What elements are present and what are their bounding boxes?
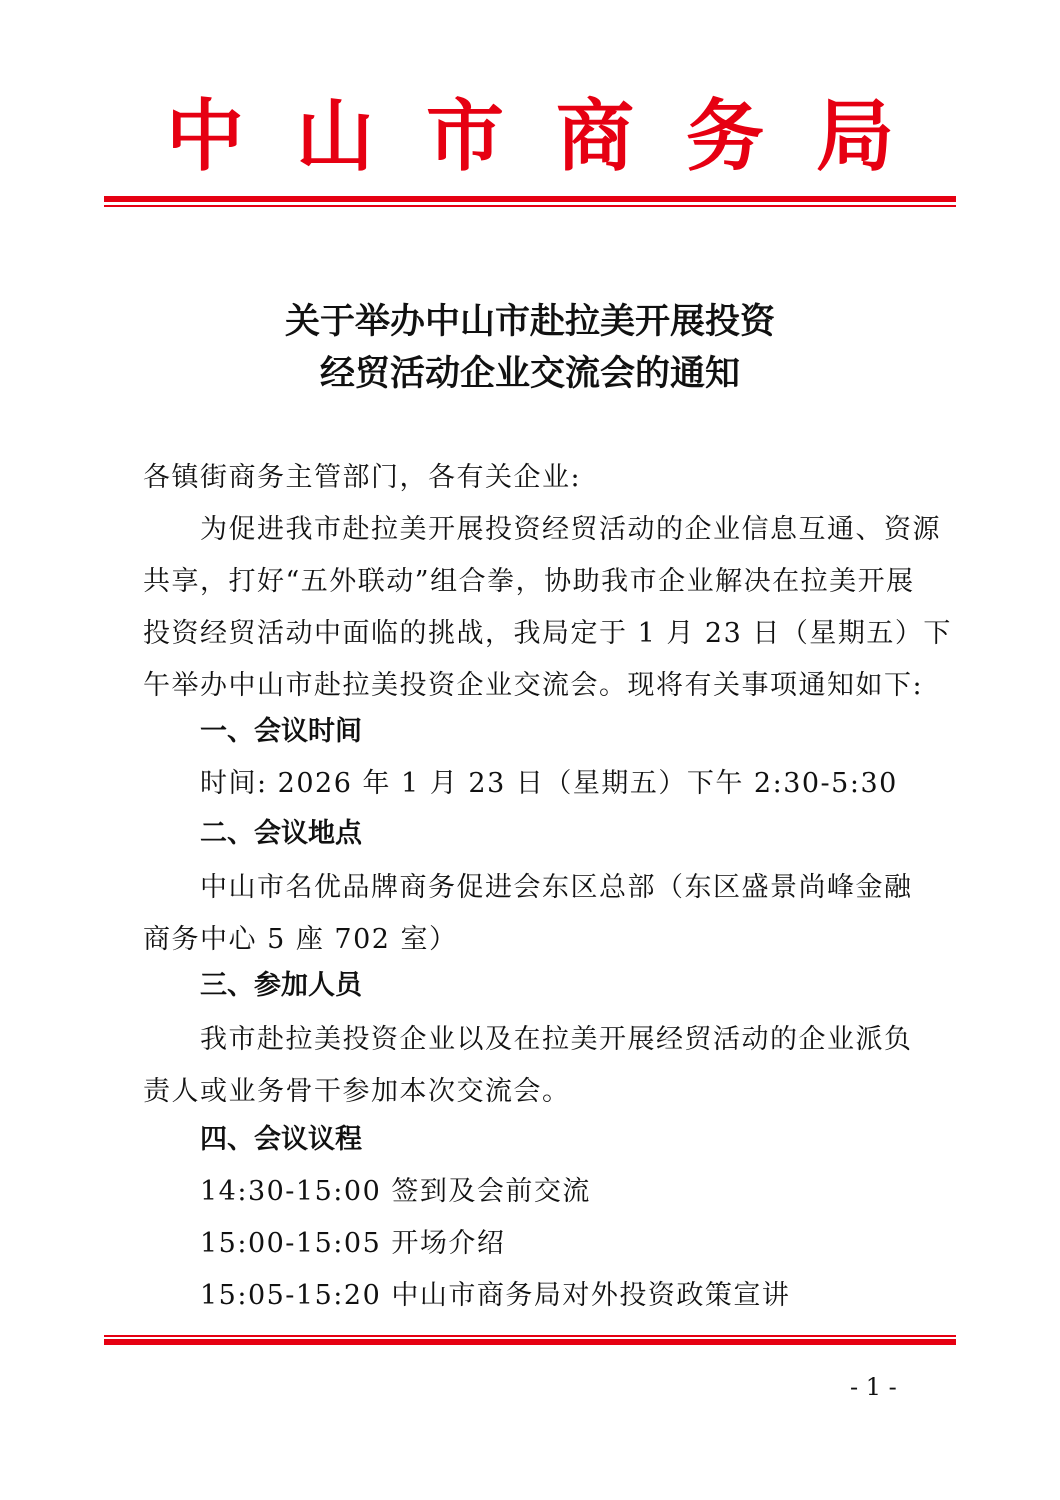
agenda-desc: 签到及会前交流 — [391, 1176, 591, 1207]
section-heading-time: 一、会议时间 — [200, 716, 362, 748]
title-line-2: 经贸活动企业交流会的通知 — [0, 348, 1060, 400]
footer-rule-thick — [104, 1339, 956, 1345]
masthead-rule-thin — [104, 205, 956, 207]
meeting-location-cont: 商务中心 5 座 702 室） — [143, 924, 458, 956]
agenda-desc: 开场介绍 — [391, 1228, 505, 1259]
section-heading-agenda: 四、会议议程 — [200, 1124, 362, 1156]
agenda-time: 15:00-15:05 — [200, 1228, 381, 1259]
title-line-1: 关于举办中山市赴拉美开展投资 — [0, 296, 1060, 348]
page-number: - 1 - — [850, 1372, 897, 1402]
agenda-item: 15:00-15:05 开场介绍 — [200, 1228, 505, 1260]
meeting-location: 中山市名优品牌商务促进会东区总部（东区盛景尚峰金融 — [200, 872, 913, 904]
footer-rule-thin — [104, 1335, 956, 1337]
agenda-item: 15:05-15:20 中山市商务局对外投资政策宣讲 — [200, 1280, 790, 1312]
document-title: 关于举办中山市赴拉美开展投资 经贸活动企业交流会的通知 — [0, 296, 1060, 400]
attendees-text: 我市赴拉美投资企业以及在拉美开展经贸活动的企业派负 — [200, 1024, 913, 1056]
masthead-rule-thick — [104, 196, 956, 202]
salutation: 各镇街商务主管部门，各有关企业: — [143, 462, 581, 494]
agenda-item: 14:30-15:00 签到及会前交流 — [200, 1176, 591, 1208]
intro-line: 共享，打好“五外联动”组合拳，协助我市企业解决在拉美开展 — [143, 566, 915, 598]
intro-line: 为促进我市赴拉美开展投资经贸活动的企业信息互通、资源 — [200, 514, 941, 546]
section-heading-location: 二、会议地点 — [200, 818, 362, 850]
agenda-time: 15:05-15:20 — [200, 1280, 381, 1311]
meeting-time: 时间: 2026 年 1 月 23 日（星期五）下午 2:30-5:30 — [200, 768, 898, 800]
agenda-desc: 中山市商务局对外投资政策宣讲 — [391, 1280, 790, 1311]
masthead: 中山市商务局 — [0, 92, 1060, 182]
intro-line: 投资经贸活动中面临的挑战，我局定于 1 月 23 日（星期五）下 — [143, 618, 952, 650]
attendees-text-cont: 责人或业务骨干参加本次交流会。 — [143, 1076, 571, 1108]
section-heading-attendees: 三、参加人员 — [200, 970, 362, 1002]
agenda-time: 14:30-15:00 — [200, 1176, 381, 1207]
intro-line: 午举办中山市赴拉美投资企业交流会。现将有关事项通知如下: — [143, 670, 923, 702]
